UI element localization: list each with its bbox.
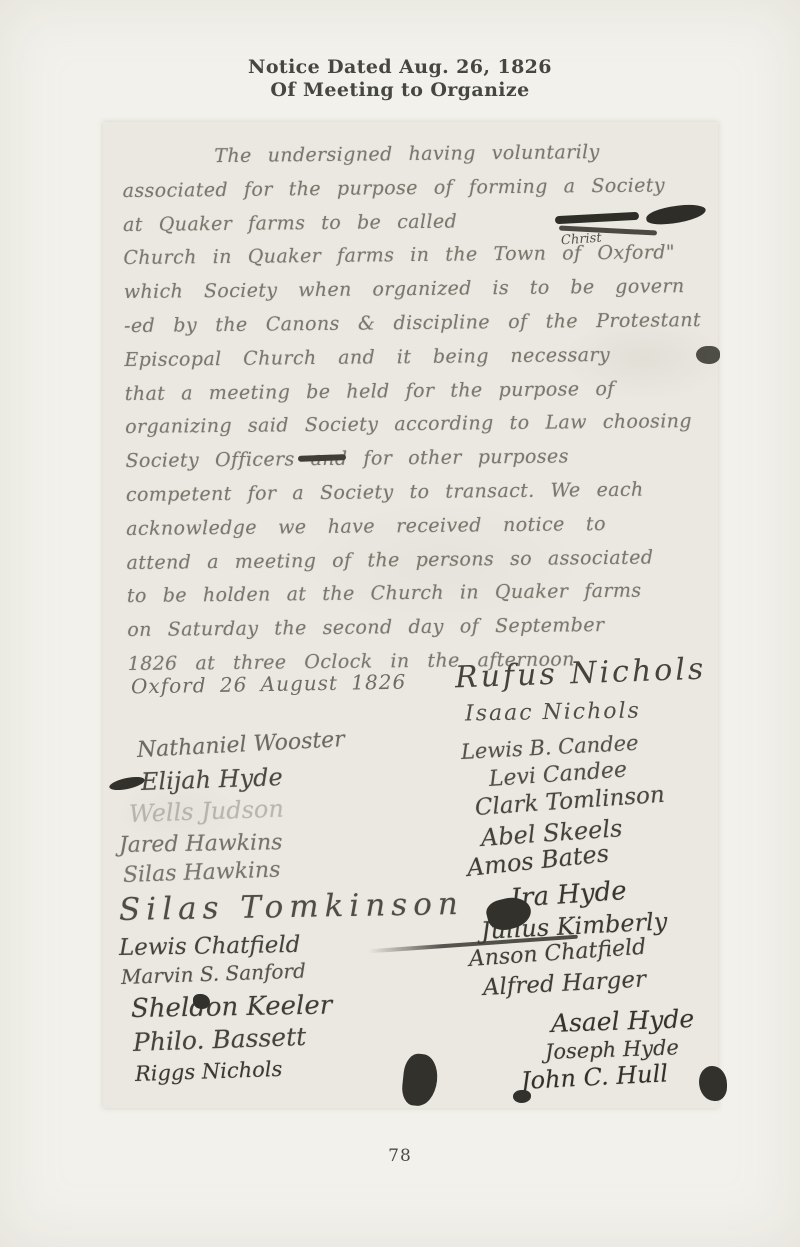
signature: Silas Tomkinson xyxy=(119,887,460,930)
ink-blot xyxy=(699,1066,727,1101)
manuscript-line: associated for the purpose of forming a … xyxy=(123,169,703,209)
ink-blot xyxy=(513,1090,531,1103)
ink-blot xyxy=(193,994,210,1009)
printed-caption: Notice Dated Aug. 26, 1826 Of Meeting to… xyxy=(0,56,800,102)
ink-blot xyxy=(696,346,720,364)
caption-line2: Of Meeting to Organize xyxy=(0,79,800,102)
inserted-word: Christ xyxy=(561,231,603,249)
manuscript-line: -ed by the Canons & discipline of the Pr… xyxy=(124,304,704,344)
caption-line1: Notice Dated Aug. 26, 1826 xyxy=(0,56,800,79)
manuscript-scan: The undersigned having voluntarily assoc… xyxy=(103,122,718,1108)
signature: Rufus Nichols xyxy=(454,652,706,696)
signature: Asael Hyde xyxy=(550,1003,718,1038)
signature: Isaac Nichols xyxy=(465,698,641,726)
dateline: Oxford 26 August 1826 xyxy=(131,670,407,699)
manuscript-line: to be holden at the Church in Quaker far… xyxy=(127,574,707,614)
signature: Nathaniel Wooster xyxy=(136,721,459,764)
manuscript-line: organizing said Society according to Law… xyxy=(125,405,705,445)
manuscript-line: competent for a Society to transact. We … xyxy=(126,473,706,513)
book-page: Notice Dated Aug. 26, 1826 Of Meeting to… xyxy=(0,0,800,1247)
signature-column-left: Nathaniel Wooster Elijah Hyde Wells Juds… xyxy=(119,738,459,1091)
page-number: 78 xyxy=(0,1146,800,1166)
